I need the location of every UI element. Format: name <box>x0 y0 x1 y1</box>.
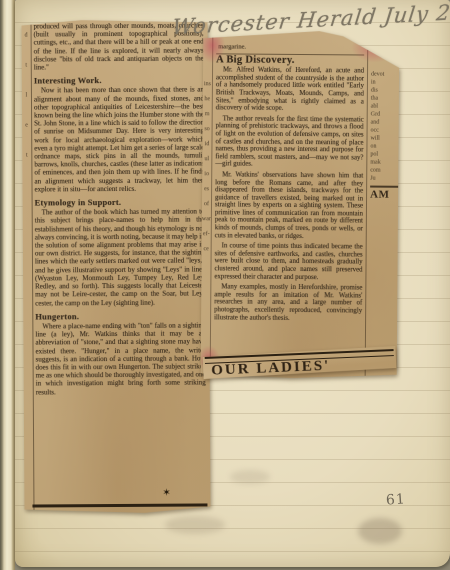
section-heading-interesting-work: Interesting Work. <box>34 76 204 85</box>
column-bottom-rule <box>32 503 207 507</box>
right-clipping-article-text: margarine. A Big Discovery. Mr. Alfred W… <box>211 29 368 378</box>
cutoff-headline-am: AM <box>370 186 398 199</box>
printer-star-mark: ✶ <box>162 488 170 499</box>
article-paragraph: In course of time points thus indicated … <box>214 243 362 282</box>
cutoff-word-margarine: margarine. <box>218 43 364 52</box>
pencil-smudge <box>165 516 225 534</box>
adjacent-column-strip: devot in dis tha abl Grd and occ will on… <box>365 31 400 379</box>
section-heading-hungerton: Hungerton. <box>35 311 205 320</box>
book-binding-edge <box>0 0 15 570</box>
article-paragraph: Mr. Watkins' observations have shown him… <box>215 171 364 241</box>
newspaper-clipping-right: ins he m so id ul io es of war ef- ce ma… <box>201 29 400 379</box>
pencil-smudge <box>358 518 402 544</box>
article-paragraph: The author of the book which has turned … <box>35 208 206 307</box>
article-headline-a-big-discovery: A Big Discovery. <box>216 53 364 65</box>
left-clipping-torn-edge-fragments: d t l e t <box>21 21 34 514</box>
article-paragraph: The author reveals for the first time th… <box>215 115 363 169</box>
adjacent-column-fragments: devot in dis tha abl Grd and occ will on… <box>370 71 399 183</box>
newspaper-clipping-left: d t l e t produced will pass through oth… <box>21 19 210 513</box>
pencil-smudge <box>230 470 270 484</box>
page-number: 61 <box>385 491 406 508</box>
section-heading-etymology-in-support: Etymology in Support. <box>35 198 205 207</box>
article-paragraph: Many examples, mostly in Herefordshire, … <box>214 284 362 323</box>
article-paragraph: Mr. Alfred Watkins, of Hereford, an acut… <box>216 67 364 114</box>
left-clipping-article-text: produced will pass through other mounds,… <box>34 21 206 399</box>
article-paragraph: Now it has been more than once shown tha… <box>34 86 205 194</box>
article-paragraph: Where a place-name ending with "ton" fal… <box>35 321 205 396</box>
